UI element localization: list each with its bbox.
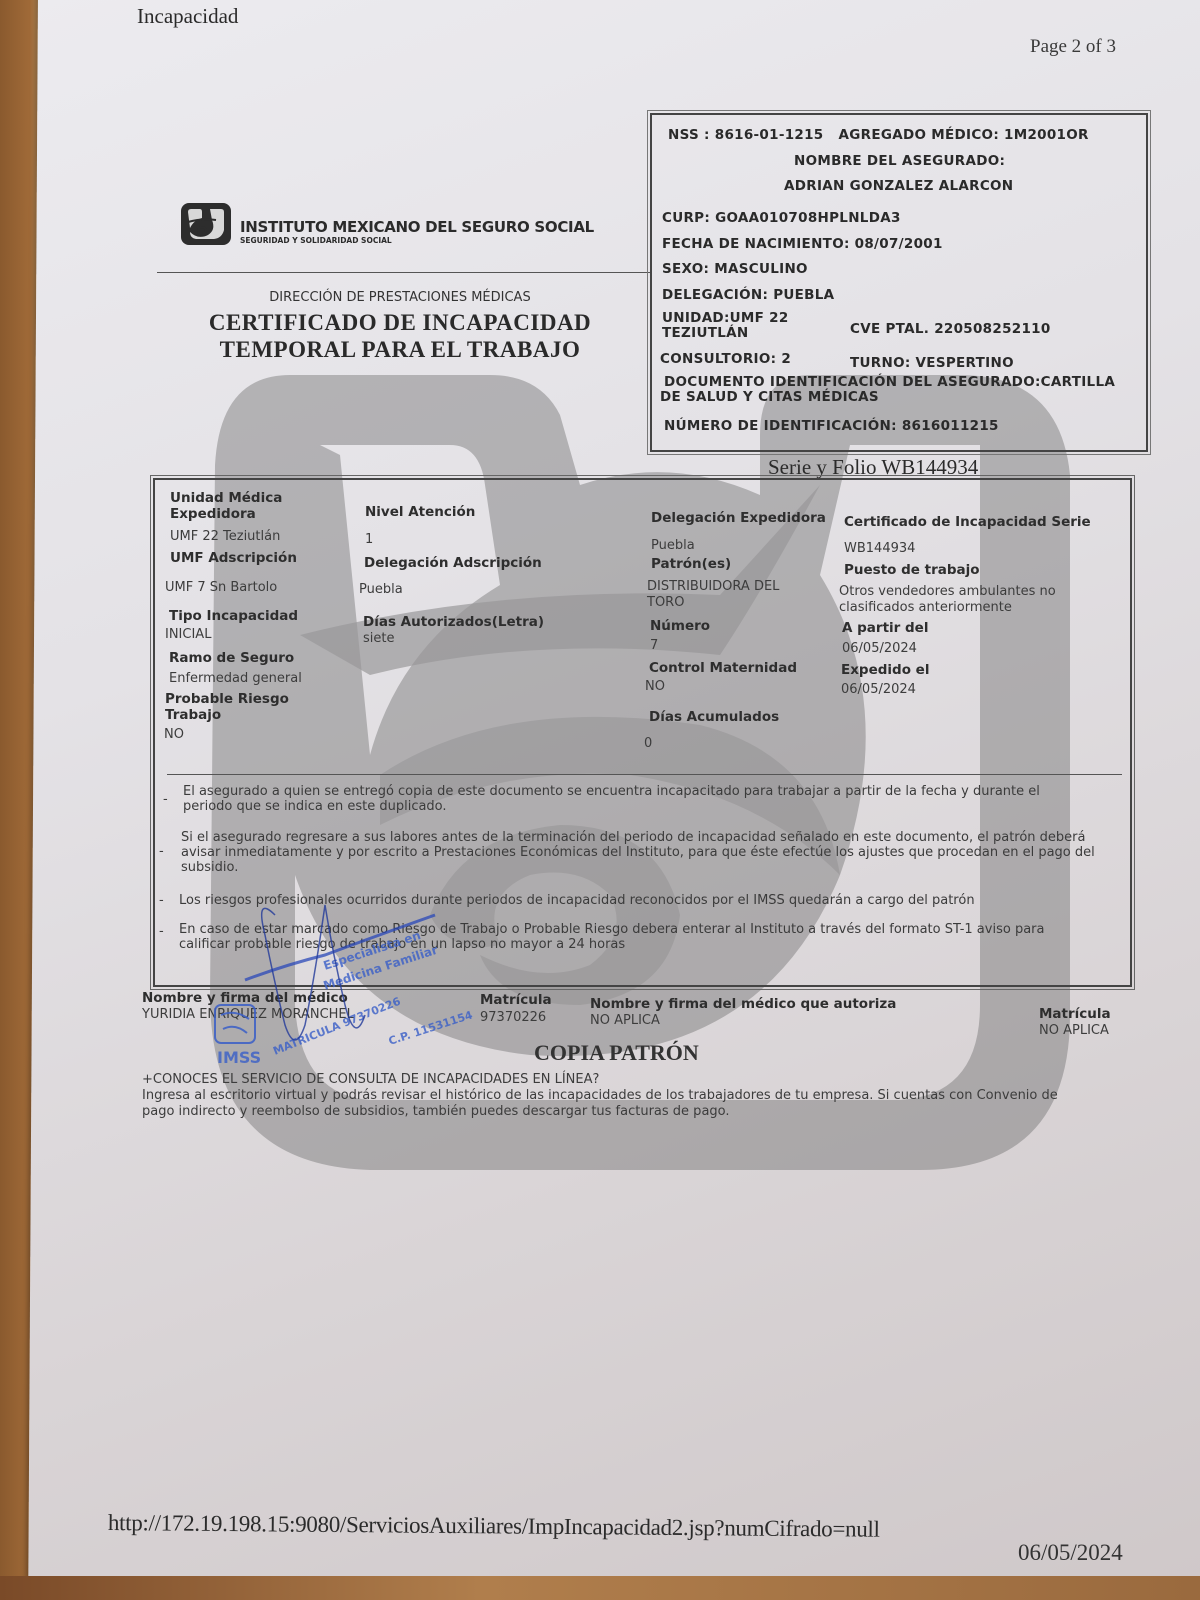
authorizer-value: NO APLICA bbox=[590, 1013, 660, 1028]
imss-logo-icon bbox=[180, 202, 232, 246]
delegacion-value: PUEBLA bbox=[773, 287, 834, 303]
doctor-stamp-and-signature-icon: IMSS MATRICULA 97370226 C.P. 11531154 Me… bbox=[205, 895, 475, 1065]
certificate-title-line2: TEMPORAL PARA EL TRABAJO bbox=[160, 336, 640, 363]
promo-heading: +CONOCES EL SERVICIO DE CONSULTA DE INCA… bbox=[142, 1072, 599, 1087]
numero-value: 7 bbox=[650, 638, 658, 654]
unidad-city: TEZIUTLÁN bbox=[662, 326, 789, 341]
a-partir-label: A partir del bbox=[842, 620, 928, 636]
sex-row: SEXO: MASCULINO bbox=[662, 261, 808, 277]
id-number-row: NÚMERO DE IDENTIFICACIÓN: 8616011215 bbox=[664, 418, 999, 434]
curp-value: GOAA010708HPLNLDA3 bbox=[715, 210, 901, 226]
curp-row: CURP: GOAA010708HPLNLDA3 bbox=[662, 210, 901, 226]
promo-body-line1: Ingresa al escritorio virtual y podrás r… bbox=[142, 1088, 1122, 1103]
insured-name-label: NOMBRE DEL ASEGURADO: bbox=[794, 153, 1005, 169]
svg-text:C.P. 11531154: C.P. 11531154 bbox=[387, 1008, 475, 1048]
notices-divider bbox=[167, 774, 1122, 775]
nss-label: NSS : bbox=[668, 127, 710, 143]
curp-label: CURP: bbox=[662, 210, 710, 226]
sex-value: MASCULINO bbox=[714, 261, 808, 277]
cve-label: CVE PTAL. bbox=[850, 321, 929, 337]
consultorio-label: CONSULTORIO: bbox=[660, 351, 776, 367]
desk-background-bottom bbox=[0, 1576, 1200, 1600]
cve-value: 220508252110 bbox=[934, 321, 1050, 337]
nss-row: NSS : 8616-01-1215 AGREGADO MÉDICO: 1M20… bbox=[668, 127, 1089, 143]
a-partir-value: 06/05/2024 bbox=[842, 641, 917, 657]
riesgo-trabajo-label: Probable Riesgo Trabajo bbox=[165, 691, 315, 723]
bullet-dash: - bbox=[159, 844, 164, 859]
agregado-value: 1M2001OR bbox=[1004, 127, 1089, 143]
sex-label: SEXO: bbox=[662, 261, 709, 277]
certificate-title-line1: CERTIFICADO DE INCAPACIDAD bbox=[160, 309, 640, 336]
doc-id-line1: DOCUMENTO IDENTIFICACIÓN DEL ASEGURADO:C… bbox=[660, 375, 1115, 390]
institution-tagline: SEGURIDAD Y SOLIDARIDAD SOCIAL bbox=[240, 236, 392, 245]
unidad-expedidora-label: Unidad Médica Expedidora bbox=[170, 490, 310, 522]
doctor-matricula-value: 97370226 bbox=[480, 1010, 546, 1025]
svg-text:MATRICULA 97370226: MATRICULA 97370226 bbox=[271, 995, 403, 1058]
turno-label: TURNO: bbox=[850, 355, 911, 371]
unidad-block: UNIDAD:UMF 22 TEZIUTLÁN bbox=[662, 311, 789, 341]
control-maternidad-label: Control Maternidad bbox=[649, 660, 797, 676]
insured-info-box: NSS : 8616-01-1215 AGREGADO MÉDICO: 1M20… bbox=[650, 113, 1148, 452]
bullet-dash: - bbox=[159, 893, 164, 908]
nivel-atencion-value: 1 bbox=[365, 532, 373, 548]
notice-1: El asegurado a quien se entregó copia de… bbox=[183, 784, 1083, 814]
patron-value: DISTRIBUIDORA DEL TORO bbox=[647, 579, 807, 611]
expedido-value: 06/05/2024 bbox=[841, 682, 916, 698]
puesto-value: Otros vendedores ambulantes no clasifica… bbox=[839, 584, 1079, 616]
nivel-atencion-label: Nivel Atención bbox=[365, 504, 475, 520]
doc-id-line2: DE SALUD Y CITAS MÉDICAS bbox=[660, 390, 1115, 405]
expedido-label: Expedido el bbox=[841, 662, 929, 678]
delegacion-label: DELEGACIÓN: bbox=[662, 287, 768, 303]
serie-folio: Serie y Folio WB144934 bbox=[768, 455, 978, 480]
institution-name: INSTITUTO MEXICANO DEL SEGURO SOCIAL bbox=[240, 218, 594, 236]
certificate-title: CERTIFICADO DE INCAPACIDAD TEMPORAL PARA… bbox=[160, 309, 640, 363]
birth-date-row: FECHA DE NACIMIENTO: 08/07/2001 bbox=[662, 236, 943, 252]
patron-label: Patrón(es) bbox=[651, 556, 731, 572]
dias-letra-label: Días Autorizados(Letra) bbox=[363, 614, 544, 630]
page-indicator: Page 2 of 3 bbox=[1030, 36, 1116, 58]
doc-id-block: DOCUMENTO IDENTIFICACIÓN DEL ASEGURADO:C… bbox=[660, 375, 1115, 405]
svg-text:IMSS: IMSS bbox=[217, 1048, 261, 1065]
authorizer-label: Nombre y firma del médico que autoriza bbox=[590, 996, 896, 1012]
birth-date-value: 08/07/2001 bbox=[855, 236, 943, 252]
consultorio-value: 2 bbox=[781, 351, 791, 367]
tipo-incapacidad-label: Tipo Incapacidad bbox=[169, 608, 298, 624]
unidad-value: UMF 22 bbox=[730, 310, 789, 326]
tipo-incapacidad-value: INICIAL bbox=[165, 627, 211, 643]
doctor-matricula-label: Matrícula bbox=[480, 992, 552, 1008]
numero-label: Número bbox=[650, 618, 710, 634]
umf-adscripcion-value: UMF 7 Sn Bartolo bbox=[165, 580, 277, 596]
dias-acumulados-value: 0 bbox=[644, 736, 652, 752]
ramo-seguro-label: Ramo de Seguro bbox=[169, 650, 294, 666]
delegacion-expedidora-value: Puebla bbox=[651, 538, 695, 554]
footer-date: 06/05/2024 bbox=[1018, 1540, 1123, 1566]
bullet-dash: - bbox=[163, 792, 168, 807]
page-header-title: Incapacidad bbox=[137, 4, 238, 29]
delegacion-adscripcion-label: Delegación Adscripción bbox=[364, 555, 542, 571]
promo-body-line2: pago indirecto y reembolso de subsidios,… bbox=[142, 1104, 1122, 1119]
control-maternidad-value: NO bbox=[645, 679, 665, 695]
certificado-serie-label: Certificado de Incapacidad Serie bbox=[844, 514, 1091, 530]
insured-name: ADRIAN GONZALEZ ALARCON bbox=[784, 178, 1013, 194]
turno-value: VESPERTINO bbox=[916, 355, 1014, 371]
unidad-expedidora-value: UMF 22 Teziutlán bbox=[170, 529, 280, 545]
ramo-seguro-value: Enfermedad general bbox=[169, 671, 302, 687]
puesto-label: Puesto de trabajo bbox=[844, 562, 980, 578]
birth-date-label: FECHA DE NACIMIENTO: bbox=[662, 236, 850, 252]
consultorio-row: CONSULTORIO: 2 bbox=[660, 351, 791, 367]
delegacion-expedidora-label: Delegación Expedidora bbox=[651, 510, 826, 526]
turno-row: TURNO: VESPERTINO bbox=[850, 355, 1014, 371]
dias-letra-value: siete bbox=[363, 631, 394, 647]
nss-value: 8616-01-1215 bbox=[715, 127, 824, 143]
umf-adscripcion-label: UMF Adscripción bbox=[170, 550, 297, 566]
header-divider bbox=[157, 272, 652, 273]
certificado-serie-value: WB144934 bbox=[844, 541, 915, 557]
riesgo-trabajo-value: NO bbox=[164, 727, 184, 743]
copy-type-title: COPIA PATRÓN bbox=[534, 1040, 699, 1066]
cve-row: CVE PTAL. 220508252110 bbox=[850, 321, 1051, 337]
authorizer-matricula-value: NO APLICA bbox=[1039, 1023, 1109, 1038]
unidad-label: UNIDAD: bbox=[662, 310, 730, 326]
dias-acumulados-label: Días Acumulados bbox=[649, 709, 779, 725]
notice-2: Si el asegurado regresare a sus labores … bbox=[181, 830, 1111, 875]
delegacion-row: DELEGACIÓN: PUEBLA bbox=[662, 287, 834, 303]
id-number-label: NÚMERO DE IDENTIFICACIÓN: bbox=[664, 418, 897, 434]
delegacion-adscripcion-value: Puebla bbox=[359, 582, 403, 598]
authorizer-matricula-label: Matrícula bbox=[1039, 1006, 1111, 1022]
agregado-label: AGREGADO MÉDICO: bbox=[839, 127, 1000, 143]
id-number-value: 8616011215 bbox=[902, 418, 999, 434]
direction-name: DIRECCIÓN DE PRESTACIONES MÉDICAS bbox=[160, 290, 640, 305]
bullet-dash: - bbox=[159, 924, 164, 939]
